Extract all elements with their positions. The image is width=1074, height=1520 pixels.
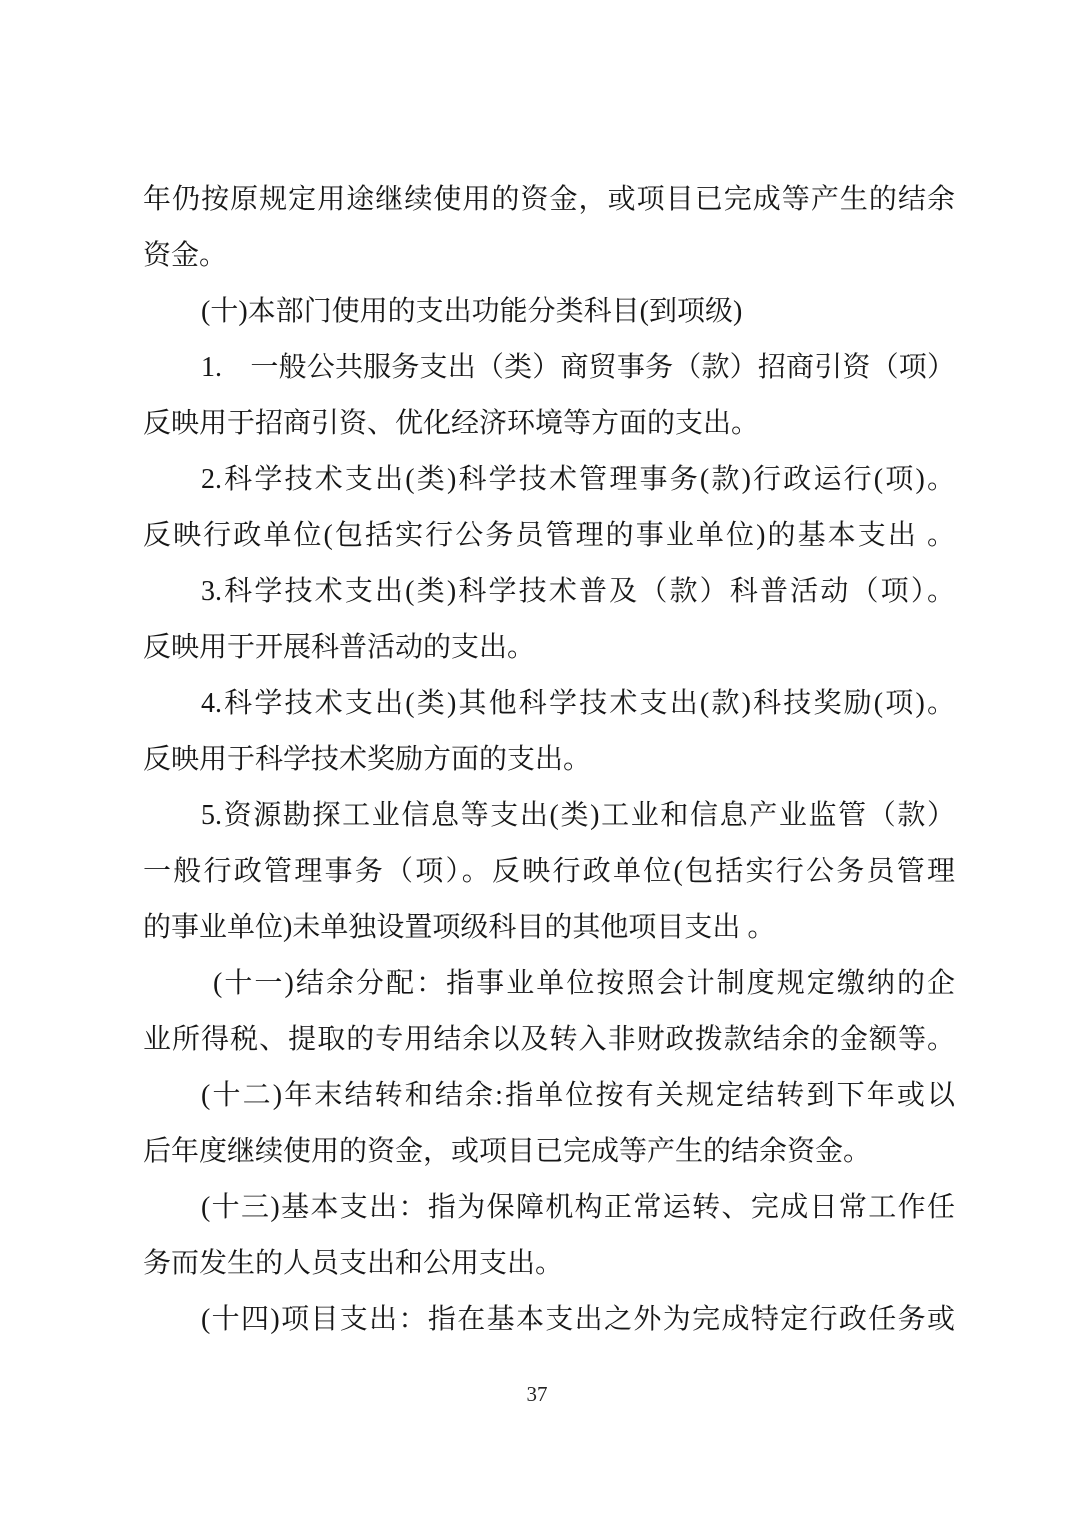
text-line: 反映用于开展科普活动的支出。 [143, 620, 955, 676]
text-line: (十二)年末结转和结余:指单位按有关规定结转到下年或以 [143, 1068, 955, 1124]
text-line: 反映行政单位(包括实行公务员管理的事业单位)的基本支出 。 [143, 508, 955, 564]
text-line: 5.资源勘探工业信息等支出(类)工业和信息产业监管（款） [143, 788, 955, 844]
text-line: 业所得税、提取的专用结余以及转入非财政拨款结余的金额等。 [143, 1012, 955, 1068]
text-line: 年仍按原规定用途继续使用的资金，或项目已完成等产生的结余 [143, 172, 955, 228]
text-line: 2.科学技术支出(类)科学技术管理事务(款)行政运行(项)。 [143, 452, 955, 508]
text-line: 反映用于招商引资、优化经济环境等方面的支出。 [143, 396, 955, 452]
text-line: (十三)基本支出：指为保障机构正常运转、完成日常工作任 [143, 1180, 955, 1236]
text-line: 3.科学技术支出(类)科学技术普及（款）科普活动（项）。 [143, 564, 955, 620]
text-line: (十一)结余分配：指事业单位按照会计制度规定缴纳的企 [143, 956, 955, 1012]
text-line: 后年度继续使用的资金，或项目已完成等产生的结余资金。 [143, 1124, 955, 1180]
text-line: 的事业单位)未单独设置项级科目的其他项目支出 。 [143, 900, 955, 956]
page-number: 37 [0, 1382, 1074, 1407]
text-line: 资金。 [143, 228, 955, 284]
text-line: 4.科学技术支出(类)其他科学技术支出(款)科技奖励(项)。 [143, 676, 955, 732]
text-line: (十四)项目支出：指在基本支出之外为完成特定行政任务或 [143, 1292, 955, 1348]
text-line: 1. 一般公共服务支出（类）商贸事务（款）招商引资（项） [143, 340, 955, 396]
document-body: 年仍按原规定用途继续使用的资金，或项目已完成等产生的结余 资金。 (十)本部门使… [143, 172, 955, 1348]
text-line: 一般行政管理事务（项）。反映行政单位(包括实行公务员管理 [143, 844, 955, 900]
text-line: (十)本部门使用的支出功能分类科目(到项级) [143, 284, 955, 340]
document-page: 年仍按原规定用途继续使用的资金，或项目已完成等产生的结余 资金。 (十)本部门使… [0, 0, 1074, 1520]
text-line: 反映用于科学技术奖励方面的支出。 [143, 732, 955, 788]
text-line: 务而发生的人员支出和公用支出。 [143, 1236, 955, 1292]
